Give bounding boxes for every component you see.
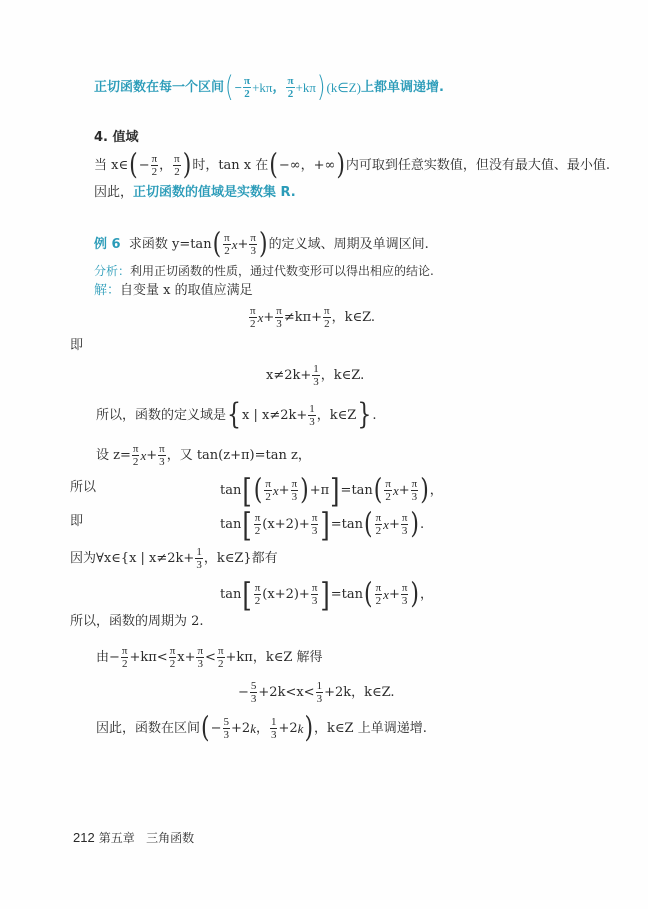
text: 的定义域、周期及单调区间. xyxy=(269,235,429,255)
text: (x+2)+ xyxy=(262,585,310,605)
equation-1: π2x+ π3 ≠kπ+ π2 ，k∈Z. xyxy=(248,305,375,330)
heading-text: 值域 xyxy=(113,128,139,148)
domain-line: 所以，函数的定义域是 { x | x≠2k+ 13 ，k∈Z }. xyxy=(96,403,376,428)
text: 设 z= xyxy=(96,446,131,466)
text: 所以，函数的定义域是 xyxy=(96,406,226,426)
kpi: +kπ xyxy=(252,78,272,98)
fraction-pi-2: π2 xyxy=(151,153,159,178)
analysis-label: 分析： xyxy=(94,261,130,281)
text: +2k<x< xyxy=(258,683,314,703)
page-number: 212 xyxy=(73,828,95,848)
text: ，k∈Z. xyxy=(332,308,375,328)
monotonic-solution: −53 +2k<x< 13 +2k，k∈Z. xyxy=(238,680,395,705)
equation-2: x≠2k+ 13 ，k∈Z. xyxy=(266,363,364,388)
page-footer: 212 第五章 三角函数 xyxy=(73,828,194,848)
text: 所以 xyxy=(70,478,96,498)
text: ，k∈Z}都有 xyxy=(204,549,278,569)
right-paren: ) xyxy=(183,153,192,179)
text: +π xyxy=(310,481,329,501)
text: 因为∀x∈{x | x≠2k+ xyxy=(70,549,194,569)
ji-label: 即 xyxy=(70,336,83,356)
solution-label: 解： xyxy=(94,281,120,301)
text: ，又 tan(z+π)=tan z， xyxy=(167,446,311,466)
text: tan xyxy=(220,585,241,605)
because-line: 因为∀x∈{x | x≠2k+ 13 ，k∈Z}都有 xyxy=(70,546,278,571)
left-paren: ( xyxy=(269,153,278,179)
fraction-pi-2: π2 xyxy=(286,75,294,100)
text: tan xyxy=(220,515,241,535)
substitution-line: 设 z= π2x+ π3 ，又 tan(z+π)=tan z， xyxy=(96,443,311,468)
text: 即 xyxy=(70,512,83,532)
conclusion-text: 正切函数在每一个区间 xyxy=(94,78,224,98)
ji-label-2: 即 xyxy=(70,512,83,532)
fraction-pi-2: π2 xyxy=(173,153,181,178)
right-paren: ) xyxy=(259,232,268,258)
text: < xyxy=(205,648,216,668)
range-conclusion: 正切函数的值域是实数集 R. xyxy=(133,183,296,203)
kpi: +kπ xyxy=(296,78,316,98)
text: +2k，k∈Z. xyxy=(324,683,394,703)
left-paren: ( xyxy=(213,232,222,258)
solution-line: 解： 自变量 x 的取值应满足 xyxy=(94,281,253,301)
heading-number: 4. xyxy=(94,128,108,148)
text: =tan xyxy=(331,515,363,535)
text: =tan xyxy=(331,585,363,605)
text: ，k∈Z. xyxy=(321,366,364,386)
text: 因此，函数在区间 xyxy=(96,719,200,739)
text: ，k∈Z 上单调递增. xyxy=(314,719,427,739)
k-in-z: (k∈Z) xyxy=(327,78,361,98)
text: 内可取到任意实数值，但没有最大值、最小值. xyxy=(346,156,610,176)
equation-3: tan [( π2x+ π3 ) +π ] =tan ( π2x+ π3 )， xyxy=(220,478,443,503)
analysis-line: 分析： 利用正切函数的性质，通过代数变形可以得出相应的结论. xyxy=(94,261,434,281)
monotonic-condition: 由− π2 +kπ< π2 x+ π3 < π2 +kπ，k∈Z 解得 xyxy=(96,645,323,670)
text: +kπ，k∈Z 解得 xyxy=(226,648,323,668)
text: x | x≠2k+ xyxy=(242,406,307,426)
equation-5: tan [ π2 (x+2)+ π3 ] =tan ( π2x+ π3 )， xyxy=(220,582,433,607)
text: +kπ< xyxy=(129,648,167,668)
conclusion-suffix: 上都单调递增. xyxy=(361,78,444,98)
chapter-title: 三角函数 xyxy=(146,828,194,848)
fraction-pi-2: π2 xyxy=(243,75,251,100)
text: 因此， xyxy=(94,183,133,203)
left-paren: ( xyxy=(129,153,138,179)
equation-4: tan [ π2 (x+2)+ π3 ] =tan ( π2x+ π3 ). xyxy=(220,512,424,537)
left-paren: ( xyxy=(225,75,234,101)
text: 当 x∈ xyxy=(94,156,128,176)
section-heading: 4. 值域 xyxy=(94,128,139,148)
text: 求函数 y=tan xyxy=(129,235,212,255)
minus: − xyxy=(235,78,242,98)
text: 时，tan x 在 xyxy=(192,156,268,176)
chapter-label: 第五章 xyxy=(99,828,135,848)
right-paren: ) xyxy=(336,153,345,179)
text: x≠2k+ xyxy=(266,366,311,386)
text: ，k∈Z xyxy=(317,406,357,426)
text: 所以，函数的周期为 2. xyxy=(70,612,204,632)
text: ≠kπ+ xyxy=(284,308,322,328)
right-paren: ) xyxy=(317,75,326,101)
range-line-1: 当 x∈ (− π2， π2 ) 时，tan x 在 ( −∞，+∞ ) 内可取… xyxy=(94,153,610,178)
text: 即 xyxy=(70,336,83,356)
solution-text: 自变量 x 的取值应满足 xyxy=(120,281,253,301)
suoyi-label: 所以 xyxy=(70,478,96,498)
text: 由− xyxy=(96,648,120,668)
analysis-text: 利用正切函数的性质，通过代数变形可以得出相应的结论. xyxy=(130,261,434,281)
example-6-prompt: 例 6 求函数 y=tan ( π2x+ π3 ) 的定义域、周期及单调区间. xyxy=(94,232,429,257)
text: =tan xyxy=(341,481,373,501)
example-label: 例 6 xyxy=(94,235,121,255)
final-conclusion: 因此，函数在区间 (− 53+2k， 13+2k ) ，k∈Z 上单调递增. xyxy=(96,716,427,741)
conclusion-increasing: 正切函数在每一个区间 ( − π2 +kπ ， π2 +kπ ) (k∈Z) 上… xyxy=(94,75,444,100)
text: x+ xyxy=(177,648,195,668)
text: tan xyxy=(220,481,241,501)
text: (x+2)+ xyxy=(262,515,310,535)
period-line: 所以，函数的周期为 2. xyxy=(70,612,204,632)
interval: −∞，+∞ xyxy=(279,156,335,176)
range-line-2: 因此， 正切函数的值域是实数集 R. xyxy=(94,183,296,203)
comma: ， xyxy=(272,78,285,98)
